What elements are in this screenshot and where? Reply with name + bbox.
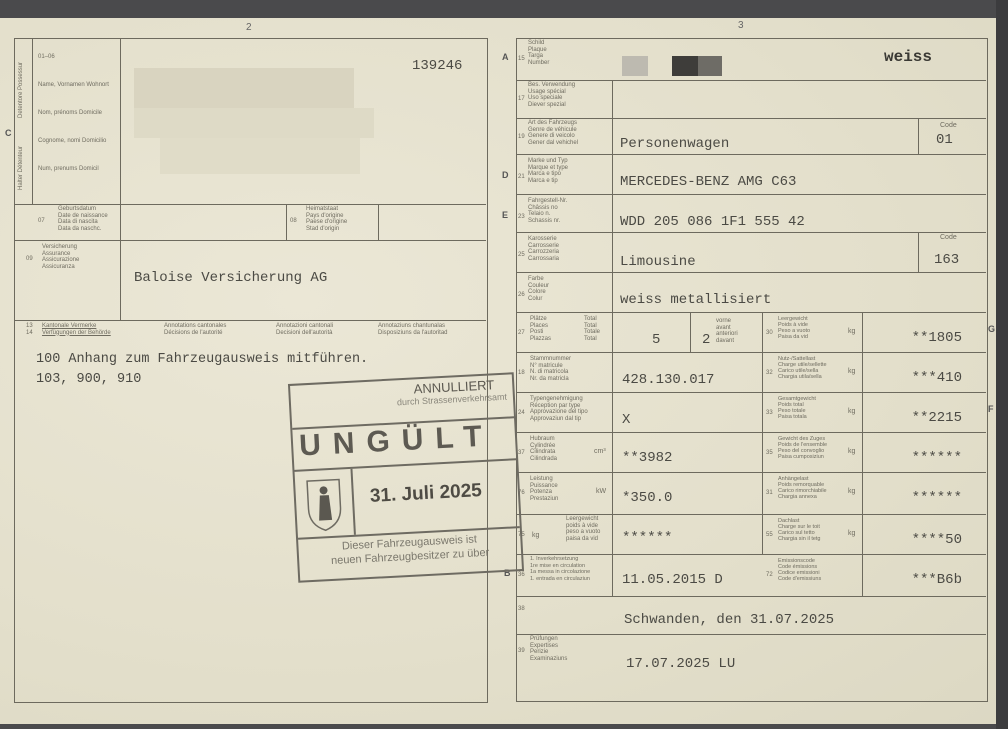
empty-weight-sub-label: Leergewicht poids à vide peso a vuoto pa… bbox=[566, 516, 600, 542]
plate-color: weiss bbox=[884, 48, 932, 66]
holder-side-label-1: Detentore Possessur bbox=[18, 58, 25, 118]
make-type-num: 21 bbox=[518, 174, 525, 180]
coat-of-arms-icon bbox=[295, 469, 356, 538]
weight-value: ****** bbox=[912, 490, 962, 506]
first-registration-label: 1. Inverkehrsetzung 1re mise en circulat… bbox=[530, 556, 590, 582]
origin-num: 08 bbox=[290, 218, 297, 224]
body-code: 163 bbox=[934, 252, 959, 268]
seats-label: Plätze Places Posti Plazzas bbox=[530, 316, 551, 342]
weight-num: 30 bbox=[766, 330, 773, 336]
name-label-rm: Num, prenums Domicil bbox=[38, 166, 118, 173]
weight-label: Leergewicht Poids à vide Peso a vuoto Pa… bbox=[778, 316, 810, 340]
displacement-unit: cm³ bbox=[594, 448, 606, 455]
name-label-it: Cognome, nomi Domicilio bbox=[38, 138, 118, 145]
weight-unit: kg bbox=[848, 368, 855, 375]
make-type-value: MERCEDES-BENZ AMG C63 bbox=[620, 174, 796, 190]
weight-section-letter: G bbox=[988, 324, 995, 334]
insurance-num: 09 bbox=[26, 256, 33, 262]
weight-value: ****50 bbox=[912, 532, 962, 548]
weight-num: 72 bbox=[766, 572, 773, 578]
color-value: weiss metallisiert bbox=[620, 292, 771, 308]
section-letter-e: E bbox=[502, 210, 508, 220]
type-approval-label: Typengenehmigung Réception par type Appr… bbox=[530, 396, 588, 422]
displacement-label: Hubraum Cylindrée Cilindrata Cilindrada bbox=[530, 436, 557, 462]
weight-label: Anhängelast Poids remorquable Carico rim… bbox=[778, 476, 827, 500]
weight-num: 35 bbox=[766, 450, 773, 456]
empty-weight-sub-value: ****** bbox=[622, 530, 672, 546]
weight-num: 55 bbox=[766, 532, 773, 538]
color-label: Farbe Couleur Colore Colur bbox=[528, 276, 549, 302]
special-use-num: 17 bbox=[518, 96, 525, 102]
holder-id-number: 139246 bbox=[412, 58, 462, 74]
section-letter-d: D bbox=[502, 170, 509, 180]
displacement-value: **3982 bbox=[622, 450, 672, 466]
body-label: Karosserie Carrosserie Carrozzeria Carro… bbox=[528, 236, 559, 262]
vehicle-kind-label: Art des Fahrzeugs Genre de véhicule Gene… bbox=[528, 120, 578, 146]
name-label-fr: Nom, prénoms Domicile bbox=[38, 110, 118, 117]
annotations-label-fr: Annotations cantonales Décisions de l'au… bbox=[164, 323, 226, 336]
name-label-de: Name, Vornamen Wohnort bbox=[38, 82, 118, 89]
seats-total-label: Total Total Totale Total bbox=[584, 316, 600, 342]
seats-front: 2 bbox=[702, 332, 710, 348]
weight-value: ***B6b bbox=[912, 572, 962, 588]
make-type-label: Marke und Typ Marque et type Marca e tip… bbox=[528, 158, 568, 184]
type-approval-num: 24 bbox=[518, 410, 525, 416]
stamp-date: 31. Juli 2025 bbox=[369, 480, 482, 508]
seats-total: 5 bbox=[652, 332, 660, 348]
column-number-3: 3 bbox=[738, 20, 744, 31]
vehicle-kind-num: 19 bbox=[518, 134, 525, 140]
weight-label: Gesamtgewicht Poids total Peso totale Pa… bbox=[778, 396, 816, 420]
chassis-num: 23 bbox=[518, 214, 525, 220]
place-date-num: 38 bbox=[518, 606, 525, 612]
plate-label: Schild Plaque Targa Number bbox=[528, 40, 549, 66]
color-num: 26 bbox=[518, 292, 525, 298]
annotations-nums: 13 14 bbox=[26, 323, 33, 337]
birthdate-label: Geburtsdatum Date de naissance Data di n… bbox=[58, 206, 108, 232]
section-letter-c: C bbox=[5, 128, 12, 138]
weight-num: 33 bbox=[766, 410, 773, 416]
annotation-line-2: 103, 900, 910 bbox=[36, 372, 141, 387]
power-value: *350.0 bbox=[622, 490, 672, 506]
vehicle-kind-code: 01 bbox=[936, 132, 953, 148]
inspections-label: Prüfungen Expertises Perizie Examinaziun… bbox=[530, 636, 567, 662]
origin-label: Heimatstaat Pays d'origine Paese d'origi… bbox=[306, 206, 347, 232]
seats-num: 27 bbox=[518, 330, 525, 336]
vehicle-kind-code-label: Code bbox=[940, 122, 957, 129]
weight-value: **1805 bbox=[912, 330, 962, 346]
type-approval-value: X bbox=[622, 412, 630, 428]
inspections-num: 39 bbox=[518, 648, 525, 654]
first-registration-value: 11.05.2015 D bbox=[622, 572, 723, 588]
first-registration-num: 36 bbox=[518, 572, 525, 578]
weight-unit: kg bbox=[848, 328, 855, 335]
matricule-value: 428.130.017 bbox=[622, 372, 714, 388]
weight-value: ****** bbox=[912, 450, 962, 466]
invalidation-stamp: ANNULLIERT durch Strassenverkehrsamt UNG… bbox=[288, 372, 524, 583]
body-value: Limousine bbox=[620, 254, 696, 270]
weight-unit: kg bbox=[848, 408, 855, 415]
weight-label: Dachlast Charge sur le toit Carico sul t… bbox=[778, 518, 821, 542]
holder-side-label-0: Halter Détenteur bbox=[18, 130, 25, 190]
birthdate-num: 07 bbox=[38, 218, 45, 224]
vehicle-registration-document: 2 3 C Detentore Possessur Halter Détente… bbox=[0, 18, 1000, 724]
body-num: 25 bbox=[518, 252, 525, 258]
empty-weight-sub-unit: kg bbox=[532, 532, 539, 539]
chassis-label: Fahrgestell-Nr. Châssis no Telaio n. Sch… bbox=[528, 198, 567, 224]
matricule-label: Stammnummer N° matricule N. di matricola… bbox=[530, 356, 571, 382]
annotations-label-it: Annotazioni cantonali Decisioni dell'aut… bbox=[276, 323, 333, 336]
annotations-label-rm: Annotaziuns chantunalas Disposiziuns da … bbox=[378, 323, 448, 336]
weight-num: 31 bbox=[766, 490, 773, 496]
column-number-2: 2 bbox=[246, 22, 252, 33]
inspections-value: 17.07.2025 LU bbox=[626, 656, 735, 672]
special-use-label: Bes. Verwendung Usage spécial Uso specia… bbox=[528, 82, 575, 108]
weight-unit: kg bbox=[848, 448, 855, 455]
annotation-line-1: 100 Anhang zum Fahrzeugausweis mitführen… bbox=[36, 352, 368, 367]
insurance-value: Baloise Versicherung AG bbox=[134, 270, 327, 286]
weight-label: Gewicht des Zuges Poids de l'ensemble Pe… bbox=[778, 436, 827, 460]
seats-front-label: vorne avant anteriori davant bbox=[716, 318, 738, 344]
annotations-label-de: Kantonale Vermerke Verfügungen der Behör… bbox=[42, 323, 111, 336]
chassis-value: WDD 205 086 1F1 555 42 bbox=[620, 214, 805, 230]
insurance-label: Versicherung Assurance Assicurazione Ass… bbox=[42, 244, 79, 270]
field-01-06-label: 01–06 bbox=[38, 54, 55, 61]
weight-section-letter: F bbox=[988, 404, 994, 414]
matricule-num: 18 bbox=[518, 370, 525, 376]
weight-label: Nutz-/Sattellast Charge utile/sellette C… bbox=[778, 356, 827, 380]
weight-unit: kg bbox=[848, 488, 855, 495]
weight-num: 32 bbox=[766, 370, 773, 376]
weight-value: ***410 bbox=[912, 370, 962, 386]
background-edge bbox=[996, 0, 1008, 729]
section-letter-a: A bbox=[502, 52, 509, 62]
weight-label: Emissionscode Code émissions Codice emis… bbox=[778, 558, 821, 582]
weight-value: **2215 bbox=[912, 410, 962, 426]
weight-unit: kg bbox=[848, 530, 855, 537]
displacement-num: 37 bbox=[518, 450, 525, 456]
power-unit: kW bbox=[596, 488, 606, 495]
body-code-label: Code bbox=[940, 234, 957, 241]
vehicle-kind-value: Personenwagen bbox=[620, 136, 729, 152]
place-date-value: Schwanden, den 31.07.2025 bbox=[624, 612, 834, 628]
power-label: Leistung Puissance Potenza Prestaziun bbox=[530, 476, 558, 502]
plate-num: 15 bbox=[518, 56, 525, 62]
